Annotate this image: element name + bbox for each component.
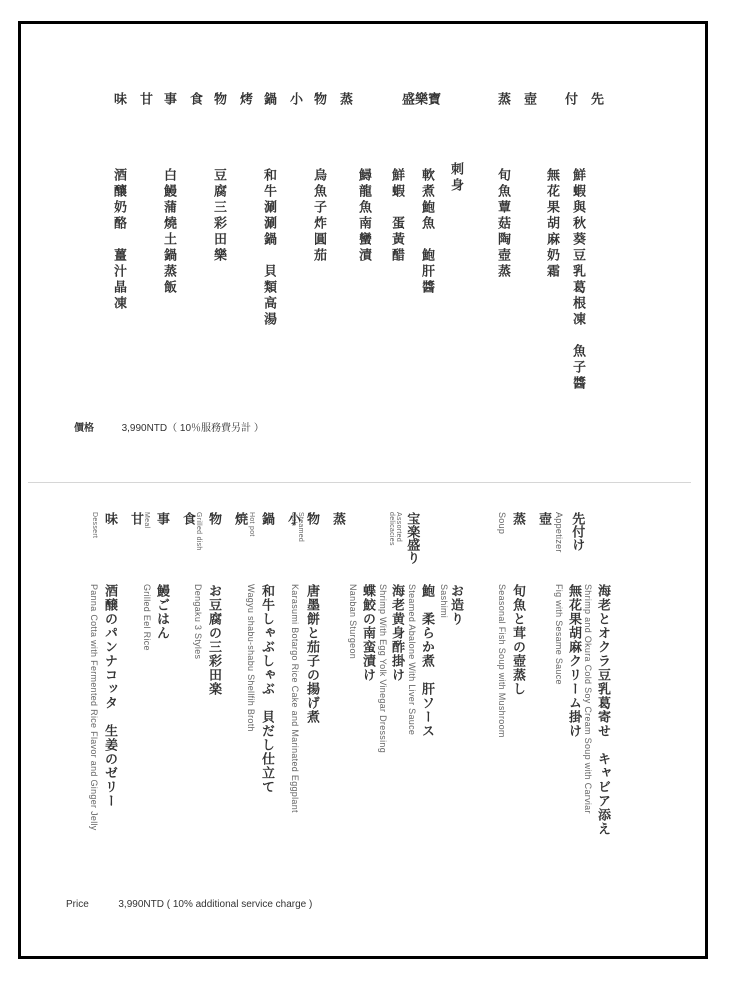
menu-item-shrimp-okura-en: Shrimp and Okura Cold Soy Cream Soup wit… [583,584,592,814]
menu-item-eel-rice-zh: 白鰻蒲燒土鍋蒸飯 [162,168,175,296]
menu-item-eel-rice-en: Grilled Eel Rice [142,584,151,651]
course-title-assorted-ja: 宝楽盛り [403,512,419,564]
menu-item-panna-cotta-en: Panna Cotta with Fermented Rice Flavor a… [89,584,98,831]
course-title-hotpot-en: Hot pot [248,512,255,537]
menu-item-fig-sesame-zh: 無花果胡麻奶霜 [545,168,558,280]
course-title-steamed-ja: 蒸 物 [305,512,344,525]
menu-item-eel-rice-ja: 鰻ごはん [155,584,168,640]
course-title-hotpot-ja: 小 鍋 [260,512,299,525]
menu-item-panna-cotta-ja: 酒醸のパンナコッタ 生姜のゼリー [103,584,116,808]
section-divider [28,482,691,483]
menu-item-tofu-zh: 豆腐三彩田樂 [212,168,225,264]
course-title-meal-ja: 食 事 [155,512,194,525]
course-title-soup-zh: 壺 蒸 [496,92,535,105]
price-label-en: Price [66,899,89,910]
course-title-soup-ja: 壺 蒸 [511,512,550,525]
menu-item-fig-sesame-ja: 無花果胡麻クリーム掛け [567,584,580,738]
menu-item-karasumi-ja: 唐墨餅と茄子の揚げ煮 [305,584,318,724]
course-title-meal-zh: 食 事 [162,92,201,105]
course-title-assorted-en: Assorted delicacies [384,512,402,562]
menu-item-fish-soup-en: Seasonal Fish Soup with Mushroom [497,584,506,738]
menu-item-abalone-ja: 鮑 柔らか煮 肝ソース [420,584,433,738]
menu-item-wagyu-ja: 和牛しゃぶしゃぶ 貝だし仕立て [260,584,273,794]
price-row-en: Price 3,990NTD ( 10% additional service … [66,899,312,910]
menu-item-fish-soup-ja: 旬魚と茸の壺蒸し [511,584,524,696]
menu-item-karasumi-en: Karasumi Botargo Rice Cake and Marinated… [290,584,299,813]
menu-item-shrimp-yolk-ja: 海老黄身酢掛け [390,584,403,682]
menu-item-tofu-ja: お豆腐の三彩田楽 [207,584,220,696]
menu-item-sashimi-en: Sashimi [439,584,448,618]
course-title-appetizer-ja: 先付け [568,512,584,551]
menu-item-sashimi-ja: お造り [449,584,462,626]
menu-item-shrimp-yolk-zh: 鮮蝦 蛋黃醋 [390,168,403,264]
course-title-grilled-ja: 焼 物 [207,512,246,525]
menu-item-shrimp-okura-zh: 鮮蝦與秋葵豆乳葛根凍 魚子醬 [571,168,584,392]
menu-item-karasumi-zh: 烏魚子炸圓茄 [312,168,325,264]
menu-item-sashimi-zh: 刺身 [449,162,462,194]
menu-item-fish-soup-zh: 旬魚蕈菇陶壺蒸 [496,168,509,280]
menu-item-sturgeon-en: Nanban Sturgeon [348,584,357,659]
price-value-en: 3,990NTD ( 10% additional service charge… [118,899,312,910]
course-title-grilled-en: Grilled dish [195,512,202,551]
course-title-assorted-zh: 寶 樂 盛 [400,92,439,105]
menu-item-wagyu-zh: 和牛涮涮鍋 貝類高湯 [262,168,275,328]
course-title-steamed-zh: 蒸 物 [312,92,351,105]
menu-item-fig-sesame-en: Fig with Sesame Sauce [554,584,563,685]
menu-item-wagyu-en: Wagyu shabu-shabu Shellfih Broth [246,584,255,732]
price-label-zh: 價格 [74,423,94,434]
menu-item-abalone-zh: 軟煮鮑魚 鮑肝醬 [420,168,433,296]
course-title-grilled-zh: 烤 物 [212,92,251,105]
menu-item-tofu-en: Dengaku 3 Styles [193,584,202,659]
course-title-hotpot-zh: 小 鍋 [262,92,301,105]
course-title-soup-en: Soup [497,512,506,534]
menu-item-sturgeon-zh: 鱘龍魚南蠻漬 [357,168,370,264]
price-value-zh: 3,990NTD（ 10％服務費另計 ） [122,423,264,434]
menu-item-shrimp-yolk-en: Shrimp With Egg Yolk Vinegar Dressing [378,584,387,753]
price-row-zh: 價格 3,990NTD（ 10％服務費另計 ） [74,419,264,434]
course-title-appetizer-zh: 先 付 [563,92,602,105]
course-title-meal-en: Meal [143,512,150,528]
menu-item-panna-cotta-zh: 酒釀奶酪 薑汁晶凍 [112,168,125,312]
course-title-dessert-en: Dessert [91,512,98,538]
menu-item-abalone-en: Steamed Abalone With Liver Sauce [407,584,416,735]
course-title-dessert-ja: 甘 味 [103,512,142,525]
course-title-appetizer-en: Appetizer [554,512,563,553]
course-title-dessert-zh: 甘 味 [112,92,151,105]
menu-item-sturgeon-ja: 蝶鮫の南蛮漬け [361,584,374,682]
menu-item-shrimp-okura-ja: 海老とオクラ豆乳葛寄せ キャビア添え [596,584,609,836]
